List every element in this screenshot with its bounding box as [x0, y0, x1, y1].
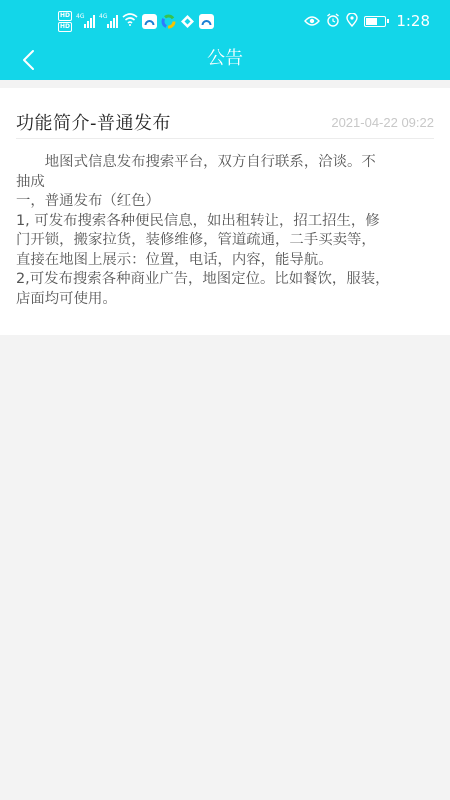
app-notification-icon — [199, 14, 214, 29]
notice-date: 2021-04-22 09:22 — [331, 115, 434, 130]
location-icon — [346, 12, 358, 31]
notice-body: 地图式信息发布搜索平台，双方自行联系，洽谈。不 抽成 一，普通发布（红色） 1,… — [16, 153, 436, 309]
notice-title: 功能简介-普通发布 — [16, 109, 171, 135]
wifi-icon — [122, 13, 138, 29]
hd-volte-icon: HD HD — [58, 11, 72, 32]
notice-body-line: 门开锁，搬家拉货，装修维修，管道疏通，二手买卖等， — [16, 231, 436, 251]
notice-header: 功能简介-普通发布 2021-04-22 09:22 — [16, 104, 434, 139]
status-bar-right: 1:28 — [304, 10, 430, 32]
signal-sim1-icon: 4G — [76, 14, 95, 28]
navigation-bar: 公告 — [0, 40, 450, 80]
app-notification-icon — [142, 14, 157, 29]
notice-body-line: 地图式信息发布搜索平台，双方自行联系，洽谈。不 — [16, 153, 436, 173]
notice-card: 功能简介-普通发布 2021-04-22 09:22 地图式信息发布搜索平台，双… — [0, 88, 450, 335]
notice-body-line: 一，普通发布（红色） — [16, 192, 436, 212]
signal-sim2-icon: 4G — [99, 14, 118, 28]
app-notification-icon — [180, 14, 195, 29]
page-title: 公告 — [0, 40, 450, 80]
status-bar-left: HD HD 4G 4G — [58, 10, 214, 32]
notice-body-line: 店面均可使用。 — [16, 290, 436, 310]
notice-body-line: 2,可发布搜索各种商业广告，地图定位。比如餐饮，服装， — [16, 270, 436, 290]
app-notification-icon — [161, 14, 176, 29]
alarm-icon — [326, 12, 340, 31]
notice-body-line: 1, 可发布搜索各种便民信息，如出租转让，招工招生，修 — [16, 212, 436, 232]
notice-body-line: 抽成 — [16, 173, 436, 193]
eye-icon — [304, 12, 320, 31]
battery-icon — [364, 16, 386, 27]
status-bar: HD HD 4G 4G — [0, 0, 450, 40]
clock: 1:28 — [396, 12, 430, 30]
notice-body-line: 直接在地图上展示：位置，电话，内容，能导航。 — [16, 251, 436, 271]
